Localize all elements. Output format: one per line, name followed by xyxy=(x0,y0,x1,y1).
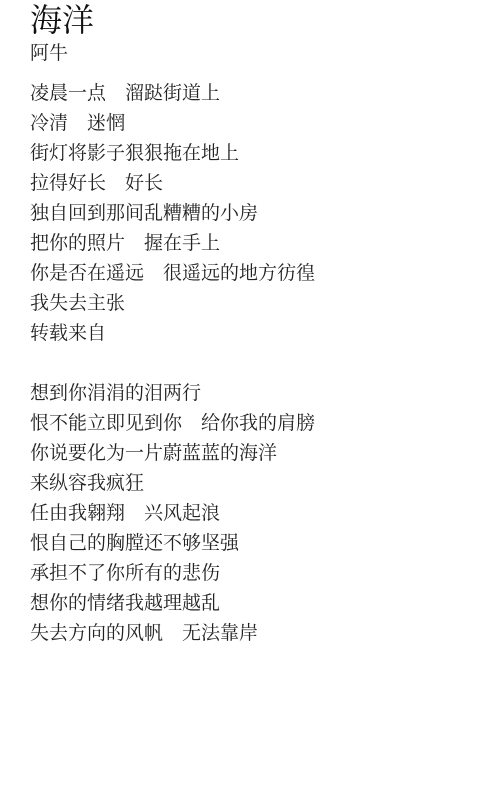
artist-name: 阿牛 xyxy=(30,39,68,67)
lyric-line: 想你的情绪我越理越乱 xyxy=(30,588,315,618)
lyric-line: 街灯将影子狠狠拖在地上 xyxy=(30,138,315,168)
lyric-line: 你是否在遥远 很遥远的地方彷徨 xyxy=(30,258,315,288)
lyric-line: 独自回到那间乱糟糟的小房 xyxy=(30,198,315,228)
lyric-line: 我失去主张 xyxy=(30,288,315,318)
lyric-line: 失去方向的风帆 无法靠岸 xyxy=(30,618,315,648)
lyric-line: 恨自己的胸膛还不够坚强 xyxy=(30,528,315,558)
lyric-line: 转载来自 xyxy=(30,318,315,348)
lyric-line: 恨不能立即见到你 给你我的肩膀 xyxy=(30,408,315,438)
lyric-line: 你说要化为一片蔚蓝蓝的海洋 xyxy=(30,438,315,468)
lyric-line: 承担不了你所有的悲伤 xyxy=(30,558,315,588)
lyric-line: 把你的照片 握在手上 xyxy=(30,228,315,258)
song-title: 海洋 xyxy=(30,0,94,40)
lyrics-list: 凌晨一点 溜跶街道上 冷清 迷惘 街灯将影子狠狠拖在地上 拉得好长 好长 独自回… xyxy=(30,78,315,648)
lyric-line: 想到你涓涓的泪两行 xyxy=(30,378,315,408)
lyric-line: 拉得好长 好长 xyxy=(30,168,315,198)
lyric-line: 任由我翱翔 兴风起浪 xyxy=(30,498,315,528)
lyric-line: 来纵容我疯狂 xyxy=(30,468,315,498)
lyric-line: 凌晨一点 溜跶街道上 xyxy=(30,78,315,108)
lyric-blank-line xyxy=(30,348,315,378)
lyric-line: 冷清 迷惘 xyxy=(30,108,315,138)
